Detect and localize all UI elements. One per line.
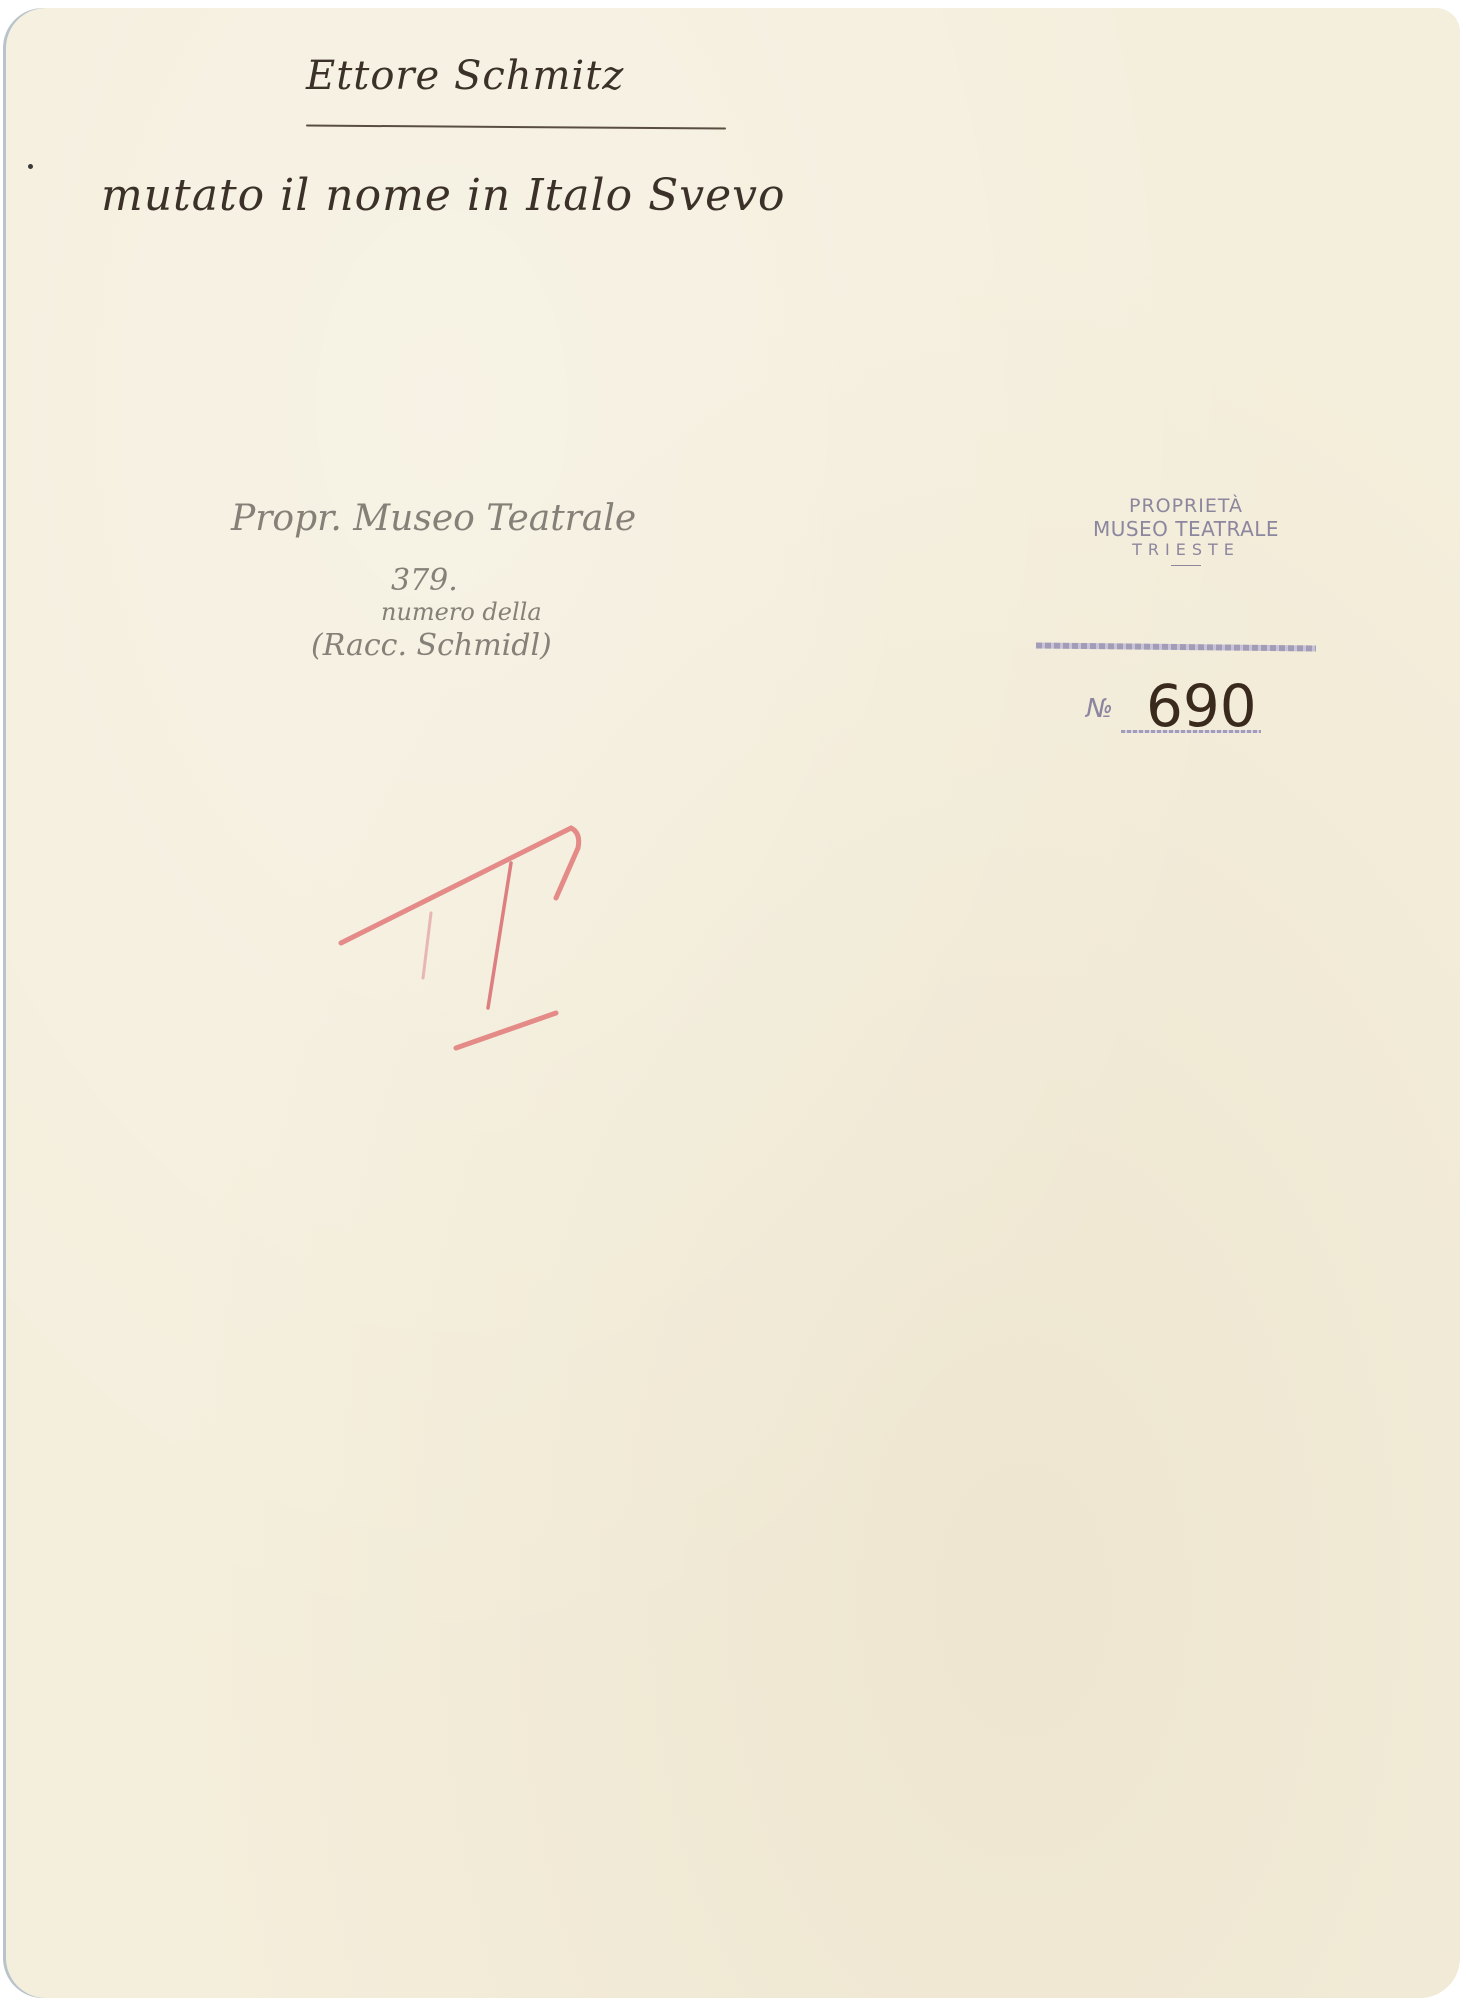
stamp-line3: TRIESTE: [1061, 541, 1311, 559]
inscription-title: Ettore Schmitz: [306, 53, 624, 99]
ink-speck: [28, 164, 33, 169]
stamp-rule: [1171, 565, 1201, 566]
pencil-note-line3: numero della: [381, 598, 542, 626]
museum-stamp: PROPRIETÀ MUSEO TEATRALE TRIESTE: [1061, 496, 1311, 566]
pencil-note-line1: Propr. Museo Teatrale: [231, 498, 636, 539]
title-underline: [306, 125, 726, 130]
stamp-line1: PROPRIETÀ: [1061, 496, 1311, 518]
stamp-number-symbol: №: [1086, 694, 1113, 724]
pencil-note-line4: (Racc. Schmidl): [311, 628, 552, 663]
photo-card-back: Ettore Schmitz mutato il nome in Italo S…: [6, 8, 1460, 1998]
inscription-subtitle: mutato il nome in Italo Svevo: [101, 170, 785, 221]
red-crayon-mark-icon: [306, 808, 606, 1068]
pencil-note-number: 379.: [391, 563, 458, 598]
stamp-bar: [1036, 643, 1316, 652]
stamp-number-underline: [1121, 730, 1261, 733]
stamp-line2: MUSEO TEATRALE: [1061, 518, 1311, 541]
